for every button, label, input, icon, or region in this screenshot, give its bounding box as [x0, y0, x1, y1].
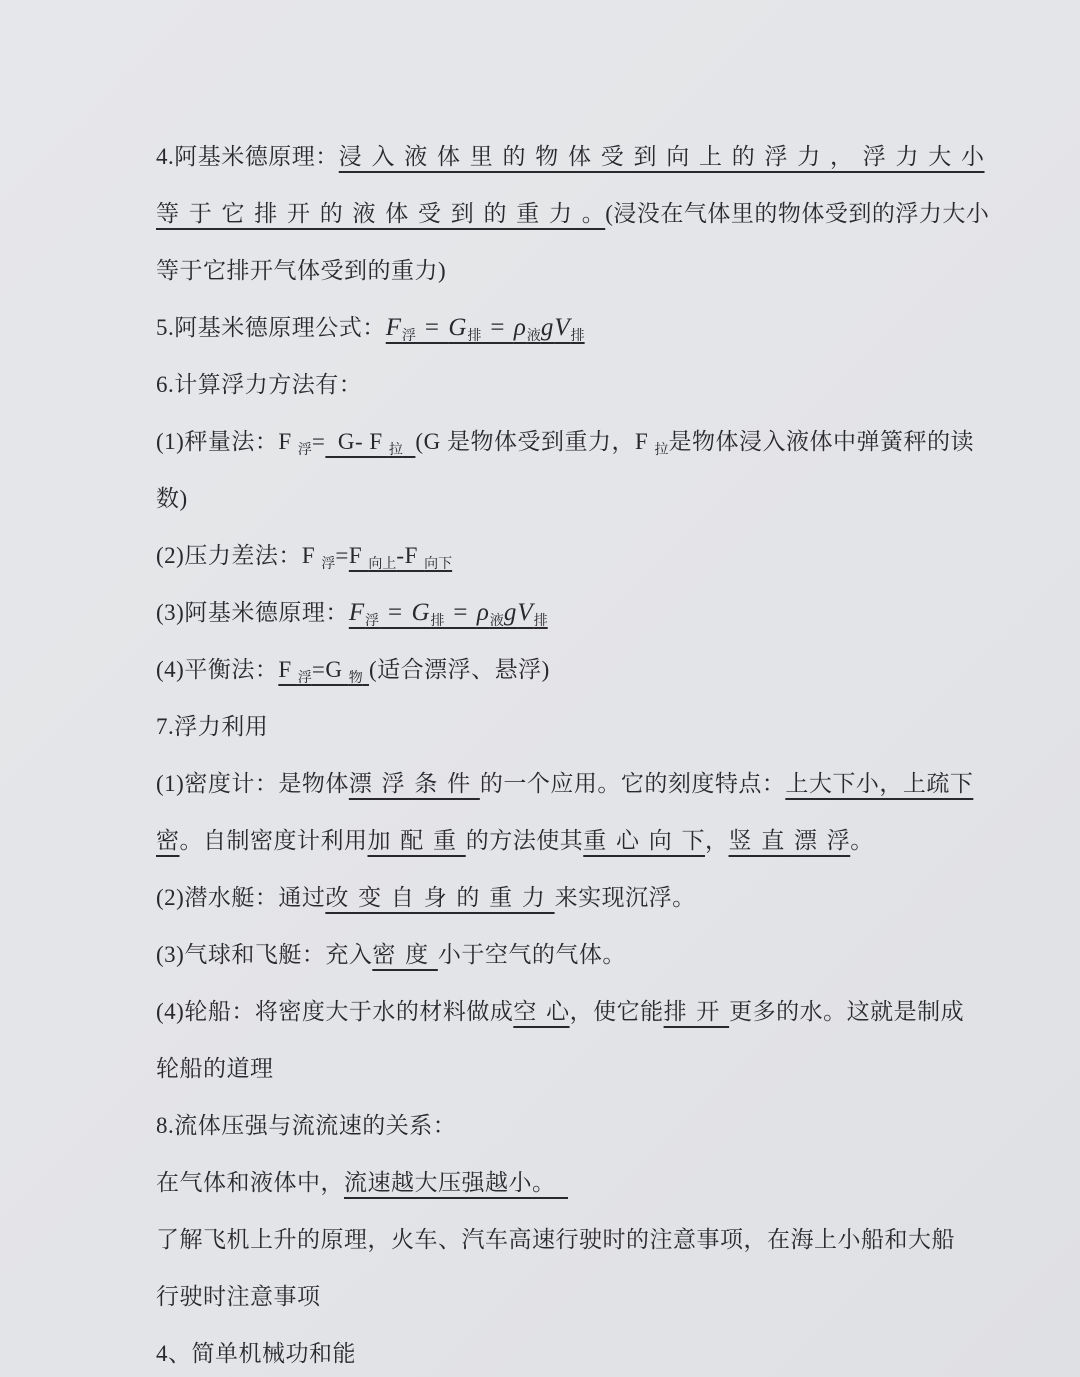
- underlined-text-run: [403, 429, 416, 454]
- text-run: (1)密度计：是物体: [156, 771, 349, 796]
- text-run: 4、简单机械功和能: [156, 1341, 356, 1366]
- underlined-text-run: 拉: [389, 443, 403, 458]
- text-line: (1)秤量法：F 浮= G- F 拉 (G 是物体受到重力，F 拉是物体浸入液体…: [156, 413, 930, 470]
- underlined-text-run: F: [278, 657, 298, 682]
- underlined-text-run: 排 开: [664, 999, 730, 1024]
- underlined-text-run: 液: [527, 329, 541, 344]
- underlined-text-run: F: [386, 314, 402, 341]
- underlined-text-run: F: [349, 599, 365, 626]
- text-run: (浸没在气体里的物体受到的浮力大小: [605, 201, 989, 226]
- underlined-text-run: ρ: [514, 314, 527, 341]
- text-run: 7.浮力利用: [156, 714, 268, 739]
- underlined-text-run: 液: [490, 614, 504, 629]
- underlined-text-run: g: [504, 599, 518, 626]
- text-line: 5.阿基米德原理公式：F浮 = G排 = ρ液gV排: [156, 299, 930, 356]
- text-line: (4)轮船：将密度大于水的材料做成空 心，使它能排 开 更多的水。这就是制成: [156, 983, 930, 1040]
- underlined-text-run: 竖 直 漂 浮: [729, 828, 851, 853]
- text-line: (2)压力差法：F 浮=F 向上-F 向下: [156, 527, 930, 584]
- underlined-text-run: 加 配 重: [368, 828, 466, 853]
- text-run: 了解飞机上升的原理，火车、汽车高速行驶时的注意事项，在海上小船和大船: [156, 1227, 955, 1252]
- underlined-text-run: =: [379, 599, 411, 626]
- text-run: (适合漂浮、悬浮): [369, 657, 550, 682]
- underlined-text-run: G: [411, 599, 430, 626]
- text-run: (3)气球和飞艇：充入: [156, 942, 372, 967]
- text-run: ，: [705, 828, 729, 853]
- text-line: 密。自制密度计利用加 配 重 的方法使其重 心 向 下，竖 直 漂 浮。: [156, 812, 930, 869]
- text-run: =: [335, 543, 348, 568]
- underlined-text-run: 排: [431, 614, 445, 629]
- text-run: 浮: [298, 443, 312, 458]
- underlined-text-run: 浮: [298, 671, 312, 686]
- text-run: 行驶时注意事项: [156, 1284, 321, 1309]
- text-run: (4)轮船：将密度大于水的材料做成: [156, 999, 513, 1024]
- underlined-text-run: 流速越大压强越小。: [344, 1170, 568, 1195]
- underlined-text-run: 空 心: [513, 999, 569, 1024]
- underlined-text-run: 等 于 它 排 开 的 液 体 受 到 的 重 力 。: [156, 201, 605, 226]
- text-line: 行驶时注意事项: [156, 1268, 930, 1325]
- underlined-text-run: G- F: [325, 429, 389, 454]
- text-line: (2)潜水艇：通过改 变 自 身 的 重 力 来实现沉浮。: [156, 869, 930, 926]
- underlined-text-run: =: [481, 314, 513, 341]
- underlined-text-run: 漂 浮 条 件: [349, 771, 480, 796]
- underlined-text-run: -F: [396, 543, 424, 568]
- underlined-text-run: 改 变 自 身 的 重 力: [325, 885, 554, 910]
- underlined-text-run: F: [349, 543, 369, 568]
- text-run: 8.流体压强与流流速的关系：: [156, 1113, 456, 1138]
- underlined-text-run: 向下: [424, 557, 452, 572]
- underlined-text-run: 物: [349, 671, 363, 686]
- text-run: 是物体浸入液体中弹簧秤的读: [668, 429, 974, 454]
- text-run: 的一个应用。它的刻度特点：: [480, 771, 786, 796]
- text-run: 浮: [321, 557, 335, 572]
- text-run: 小于空气的气体。: [438, 942, 626, 967]
- text-line: 7.浮力利用: [156, 698, 930, 755]
- underlined-text-run: V: [517, 599, 533, 626]
- underlined-text-run: G: [448, 314, 467, 341]
- text-line: 4、简单机械功和能: [156, 1325, 930, 1377]
- text-run: 拉: [654, 443, 668, 458]
- underlined-text-run: =G: [312, 657, 349, 682]
- text-run: (2)压力差法：F: [156, 543, 321, 568]
- text-line: 等于它排开气体受到的重力): [156, 242, 930, 299]
- text-run: 。: [850, 828, 874, 853]
- text-line: 轮船的道理: [156, 1040, 930, 1097]
- text-line: 数): [156, 470, 930, 527]
- text-run: 6.计算浮力方法有：: [156, 372, 362, 397]
- underlined-text-run: 密: [156, 828, 180, 853]
- text-run: (4)平衡法：: [156, 657, 278, 682]
- underlined-text-run: =: [445, 599, 477, 626]
- text-run: 轮船的道理: [156, 1056, 274, 1081]
- text-line: (1)密度计：是物体漂 浮 条 件 的一个应用。它的刻度特点：上大下小，上疏下: [156, 755, 930, 812]
- underlined-text-run: V: [554, 314, 570, 341]
- underlined-text-run: g: [541, 314, 555, 341]
- text-line: 了解飞机上升的原理，火车、汽车高速行驶时的注意事项，在海上小船和大船: [156, 1211, 930, 1268]
- text-run: 5.阿基米德原理公式：: [156, 315, 386, 340]
- text-run: 的方法使其: [466, 828, 584, 853]
- text-line: 4.阿基米德原理：浸 入 液 体 里 的 物 体 受 到 向 上 的 浮 力 ，…: [156, 128, 930, 185]
- text-line: (3)阿基米德原理：F浮 = G排 = ρ液gV排: [156, 584, 930, 641]
- notes-page: 4.阿基米德原理：浸 入 液 体 里 的 物 体 受 到 向 上 的 浮 力 ，…: [0, 0, 1080, 1377]
- text-line: 8.流体压强与流流速的关系：: [156, 1097, 930, 1154]
- text-run: (G 是物体受到重力，F: [415, 429, 654, 454]
- text-run: 等于它排开气体受到的重力): [156, 258, 446, 283]
- text-line: 等 于 它 排 开 的 液 体 受 到 的 重 力 。(浸没在气体里的物体受到的…: [156, 185, 930, 242]
- underlined-text-run: 密 度: [372, 942, 438, 967]
- text-run: 更多的水。这就是制成: [729, 999, 964, 1024]
- underlined-text-run: ρ: [477, 599, 490, 626]
- underlined-text-run: 重 心 向 下: [583, 828, 705, 853]
- underlined-text-run: 排: [467, 329, 481, 344]
- text-run: =: [312, 429, 325, 454]
- text-run: 4.阿基米德原理：: [156, 144, 339, 169]
- text-line: (3)气球和飞艇：充入密 度 小于空气的气体。: [156, 926, 930, 983]
- text-run: 数): [156, 486, 188, 511]
- text-run: (2)潜水艇：通过: [156, 885, 325, 910]
- text-line: 在气体和液体中，流速越大压强越小。: [156, 1154, 930, 1211]
- document-body: 4.阿基米德原理：浸 入 液 体 里 的 物 体 受 到 向 上 的 浮 力 ，…: [156, 128, 930, 1377]
- text-run: (1)秤量法：F: [156, 429, 298, 454]
- underlined-text-run: 浸 入 液 体 里 的 物 体 受 到 向 上 的 浮 力 ， 浮 力 大 小: [339, 144, 985, 169]
- text-run: (3)阿基米德原理：: [156, 600, 349, 625]
- underlined-text-run: 浮: [365, 614, 379, 629]
- text-run: 来实现沉浮。: [555, 885, 696, 910]
- underlined-text-run: 向上: [368, 557, 396, 572]
- underlined-text-run: 上大下小，上疏下: [785, 771, 973, 796]
- text-run: ，使它能: [570, 999, 664, 1024]
- text-line: 6.计算浮力方法有：: [156, 356, 930, 413]
- text-run: 。自制密度计利用: [180, 828, 368, 853]
- underlined-text-run: 浮: [402, 329, 416, 344]
- text-line: (4)平衡法：F 浮=G 物 (适合漂浮、悬浮): [156, 641, 930, 698]
- underlined-text-run: 排: [534, 614, 548, 629]
- underlined-text-run: 排: [571, 329, 585, 344]
- underlined-text-run: =: [416, 314, 448, 341]
- text-run: 在气体和液体中，: [156, 1170, 344, 1195]
